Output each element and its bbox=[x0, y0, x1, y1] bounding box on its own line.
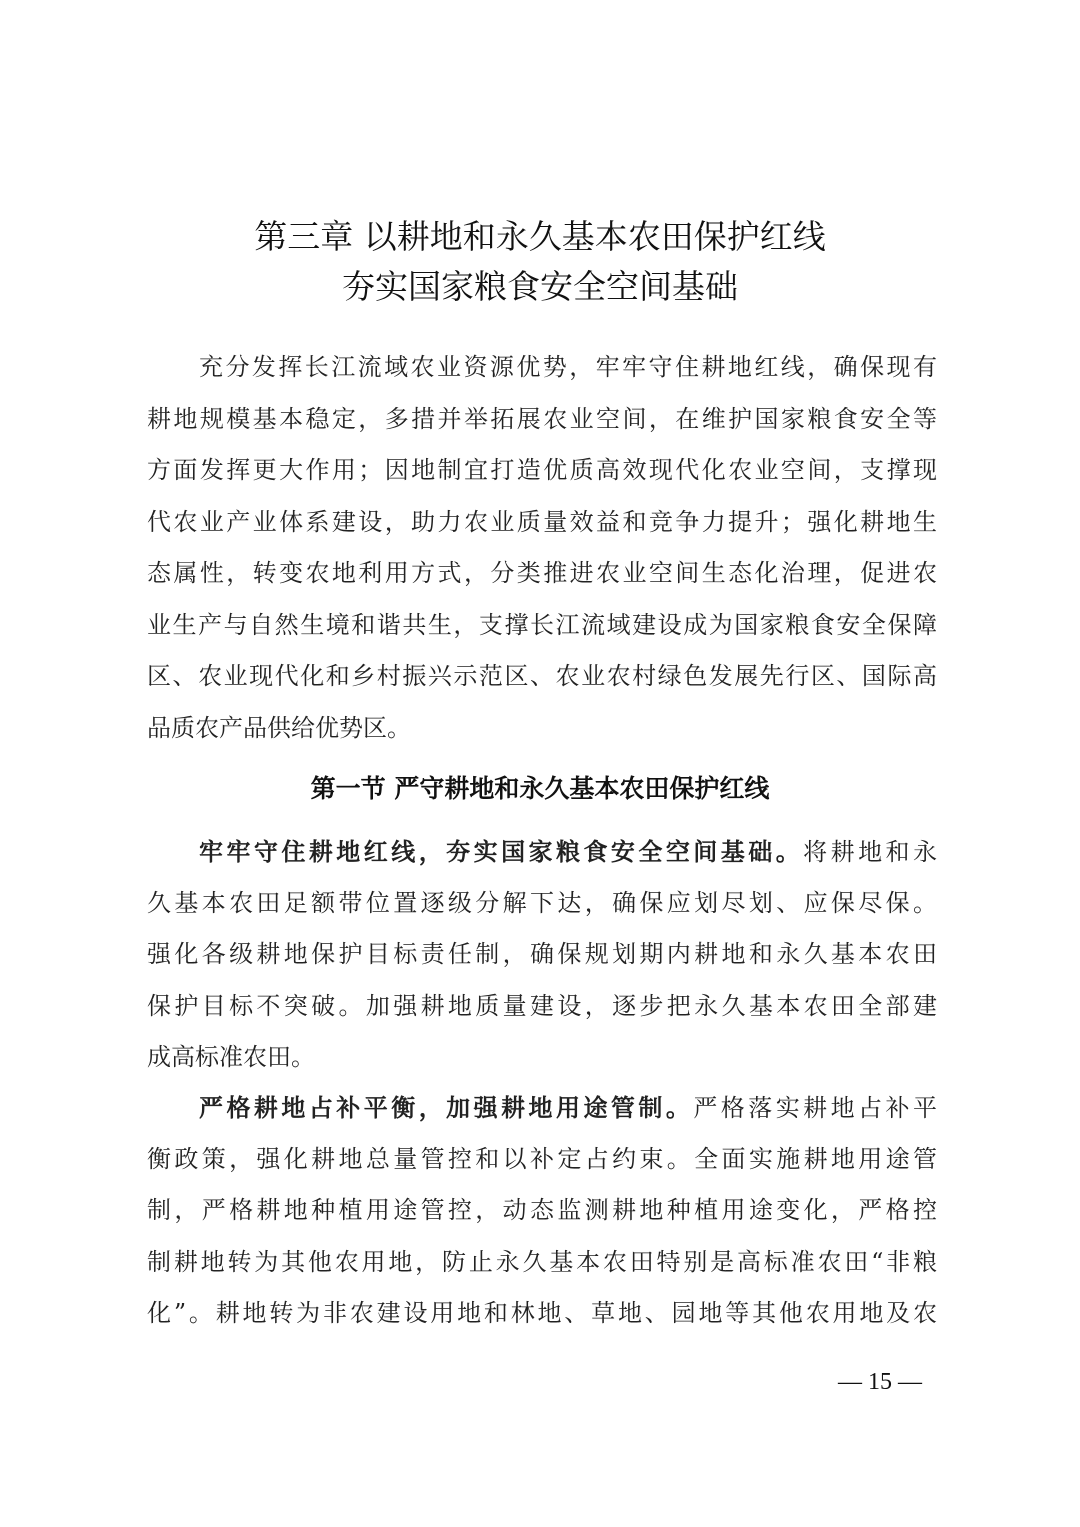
text-line: 化”。耕地转为非农建设用地和林地、草地、园地等其他农用地及农 bbox=[147, 1288, 937, 1340]
text-line: 充分发挥长江流域农业资源优势，牢牢守住耕地红线，确保现有 bbox=[147, 342, 937, 394]
text-line: 制耕地转为其他农用地，防止永久基本农田特别是高标准农田“非粮 bbox=[147, 1237, 937, 1289]
text-line: 耕地规模基本稳定，多措并举拓展农业空间，在维护国家粮食安全等 bbox=[147, 394, 937, 446]
text-line: 业生产与自然生境和谐共生，支撑长江流域建设成为国家粮食安全保障 bbox=[147, 600, 937, 652]
text-line: 品质农产品供给优势区。 bbox=[147, 703, 937, 755]
text-line: 制，严格耕地种植用途管控，动态监测耕地种植用途变化，严格控 bbox=[147, 1185, 937, 1237]
paragraph-lead: 严格耕地占补平衡，加强耕地用途管制。 bbox=[199, 1093, 693, 1122]
paragraph-balance-control: 严格耕地占补平衡，加强耕地用途管制。严格落实耕地占补平 衡政策，强化耕地总量管控… bbox=[147, 1082, 937, 1340]
paragraph-farmland-redline: 牢牢守住耕地红线，夯实国家粮食安全空间基础。将耕地和永 久基本农田足额带位置逐级… bbox=[147, 826, 937, 1084]
page-number: — 15 — bbox=[820, 1362, 940, 1402]
text-line: 严格耕地占补平衡，加强耕地用途管制。严格落实耕地占补平 bbox=[147, 1082, 937, 1134]
text-line: 强化各级耕地保护目标责任制，确保规划期内耕地和永久基本农田 bbox=[147, 929, 937, 981]
text-line: 牢牢守住耕地红线，夯实国家粮食安全空间基础。将耕地和永 bbox=[147, 826, 937, 878]
chapter-title-line-2: 夯实国家粮食安全空间基础 bbox=[0, 262, 1080, 312]
intro-paragraph: 充分发挥长江流域农业资源优势，牢牢守住耕地红线，确保现有 耕地规模基本稳定，多措… bbox=[147, 342, 937, 754]
text-line: 成高标准农田。 bbox=[147, 1032, 937, 1084]
section-title: 第一节 严守耕地和永久基本农田保护红线 bbox=[0, 764, 1080, 814]
text-line: 久基本农田足额带位置逐级分解下达，确保应划尽划、应保尽保。 bbox=[147, 878, 937, 930]
text-line: 区、农业现代化和乡村振兴示范区、农业农村绿色发展先行区、国际高 bbox=[147, 651, 937, 703]
text-run: 将耕地和永 bbox=[803, 838, 937, 866]
text-run: 严格落实耕地占补平 bbox=[693, 1094, 937, 1122]
chapter-title-line-1: 第三章 以耕地和永久基本农田保护红线 bbox=[0, 212, 1080, 262]
text-line: 方面发挥更大作用；因地制宜打造优质高效现代化农业空间，支撑现 bbox=[147, 445, 937, 497]
text-line: 衡政策，强化耕地总量管控和以补定占约束。全面实施耕地用途管 bbox=[147, 1134, 937, 1186]
text-line: 代农业产业体系建设，助力农业质量效益和竞争力提升；强化耕地生 bbox=[147, 497, 937, 549]
paragraph-lead: 牢牢守住耕地红线，夯实国家粮食安全空间基础。 bbox=[199, 837, 803, 866]
document-page: 第三章 以耕地和永久基本农田保护红线 夯实国家粮食安全空间基础 充分发挥长江流域… bbox=[0, 0, 1080, 1527]
text-line: 保护目标不突破。加强耕地质量建设，逐步把永久基本农田全部建 bbox=[147, 981, 937, 1033]
text-line: 态属性，转变农地利用方式，分类推进农业空间生态化治理，促进农 bbox=[147, 548, 937, 600]
